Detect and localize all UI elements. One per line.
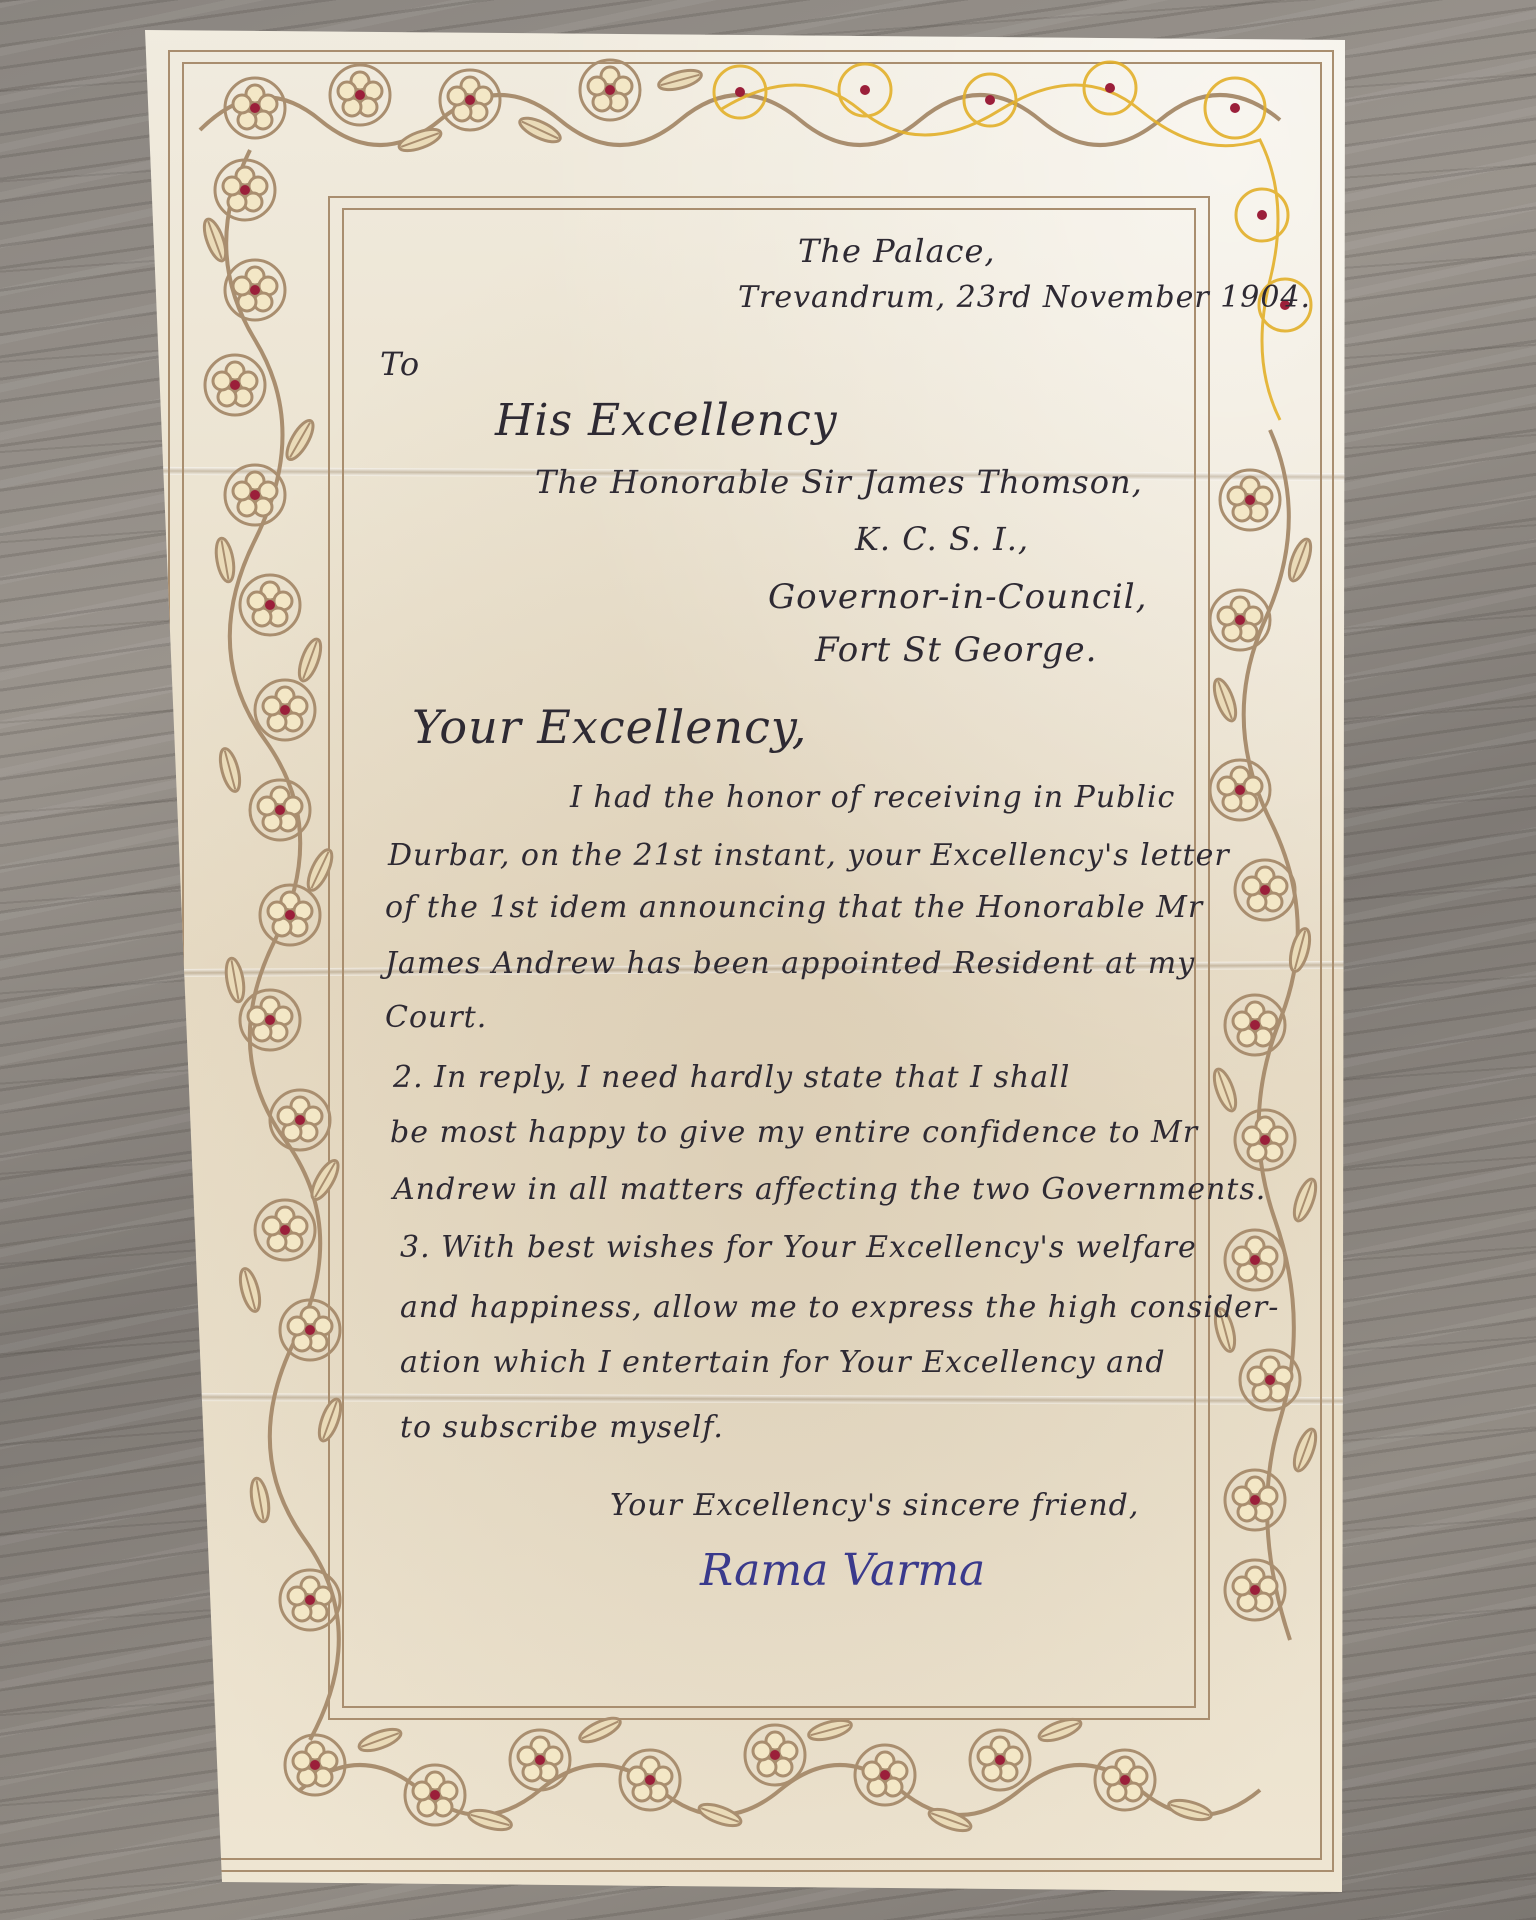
addressee-office: Governor-in-Council,	[768, 577, 1147, 617]
body-line-4: James Andrew has been appointed Resident…	[385, 946, 1195, 981]
body-line-12: to subscribe myself.	[400, 1410, 724, 1445]
body-line-9: 3. With best wishes for Your Excellency'…	[400, 1230, 1197, 1265]
letterhead-place: The Palace,	[798, 232, 996, 270]
closing: Your Excellency's sincere friend,	[610, 1488, 1139, 1523]
addressee-title: His Excellency	[495, 395, 838, 446]
signature: Rama Varma	[700, 1545, 985, 1596]
body-line-11: ation which I entertain for Your Excelle…	[400, 1345, 1166, 1380]
body-line-1: I had the honor of receiving in Public	[570, 780, 1175, 815]
addressee-location: Fort St George.	[815, 630, 1097, 670]
body-line-7: be most happy to give my entire confiden…	[390, 1115, 1198, 1150]
letterhead-date: Trevandrum, 23rd November 1904.	[738, 280, 1311, 315]
body-line-8: Andrew in all matters affecting the two …	[393, 1172, 1266, 1207]
letter-paper: The Palace, Trevandrum, 23rd November 19…	[0, 0, 1536, 1920]
body-line-6: 2. In reply, I need hardly state that I …	[393, 1060, 1070, 1095]
body-line-3: of the 1st idem announcing that the Hono…	[385, 890, 1203, 925]
salutation-to: To	[380, 345, 420, 383]
body-line-5: Court.	[385, 1000, 487, 1035]
body-line-2: Durbar, on the 21st instant, your Excell…	[388, 838, 1230, 873]
addressee-honours: K. C. S. I.,	[855, 520, 1029, 558]
greeting: Your Excellency,	[412, 700, 807, 754]
body-line-10: and happiness, allow me to express the h…	[400, 1290, 1279, 1325]
addressee-name: The Honorable Sir James Thomson,	[535, 463, 1143, 501]
